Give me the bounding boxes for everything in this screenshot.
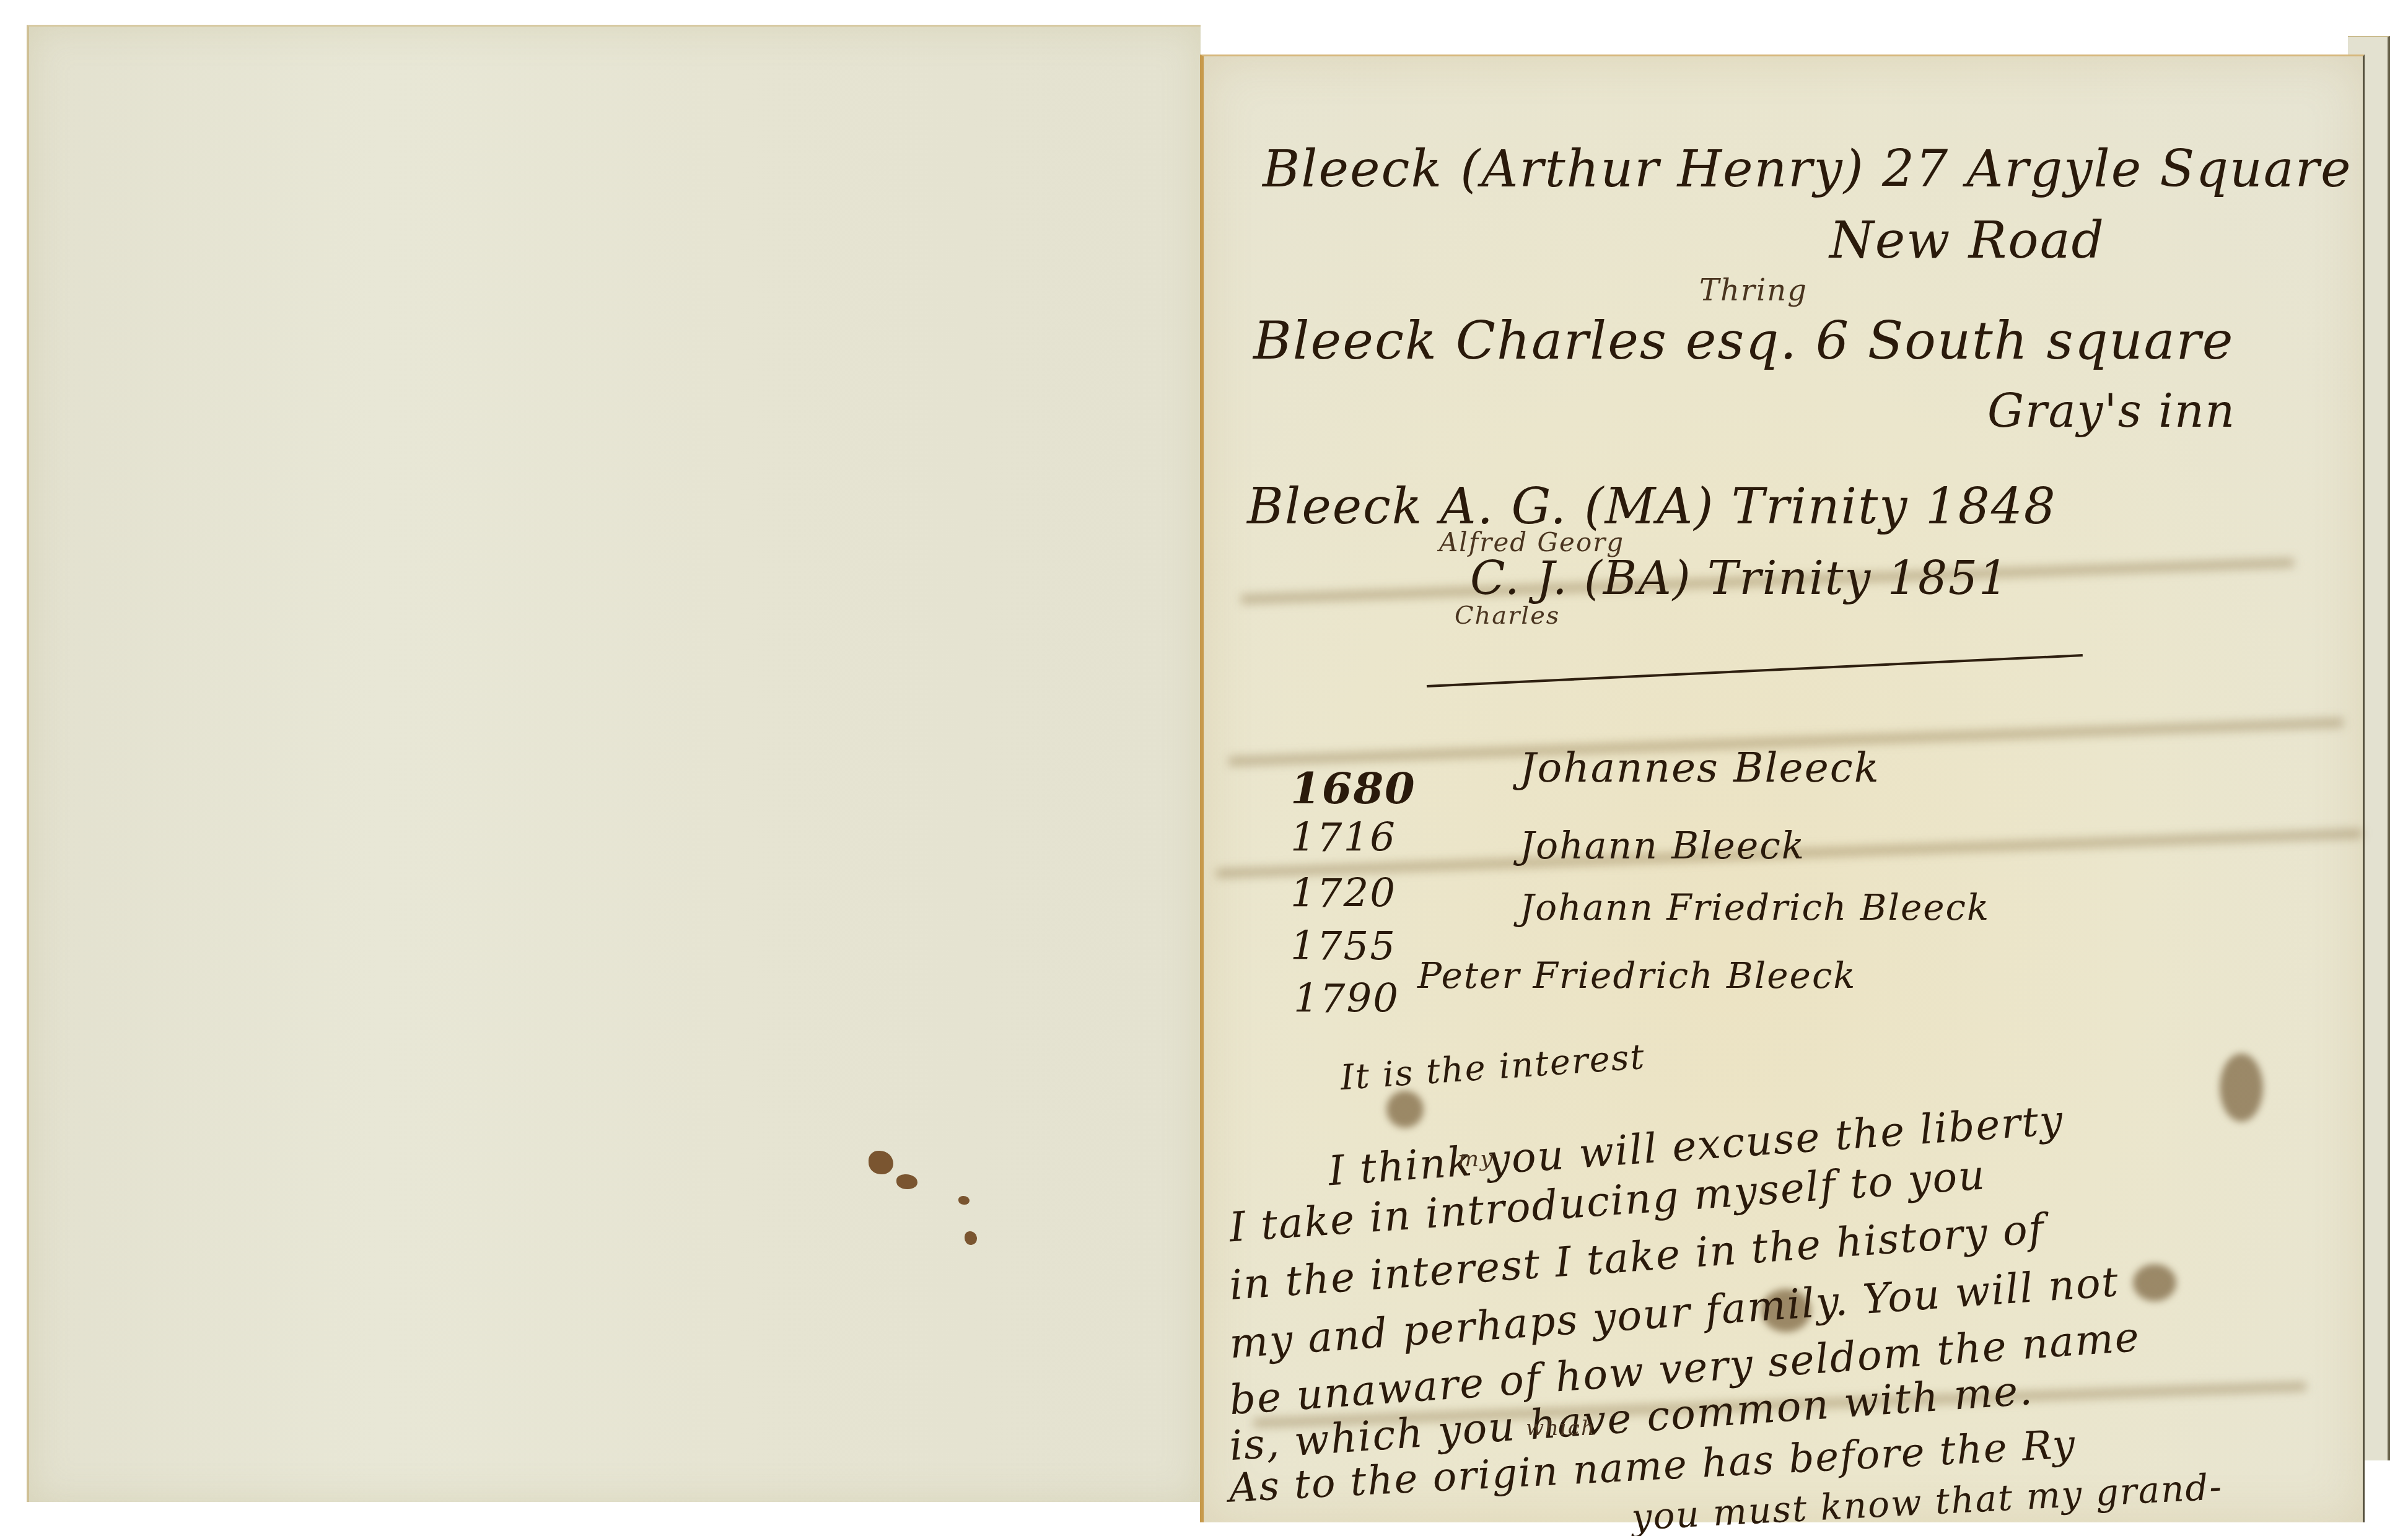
right-page-manuscript: Bleeck (Arthur Henry) 27 Argyle Square N…: [1200, 55, 2365, 1522]
entry-2-line-2: Gray's inn: [1987, 385, 2236, 438]
genealogy-year: 1755: [1290, 923, 1396, 969]
divider-rule: [1427, 654, 2083, 687]
foxing-spot: [965, 1231, 977, 1245]
entry-1-line-2: New Road: [1829, 211, 2105, 270]
genealogy-name: Johann Bleeck: [1520, 824, 1805, 868]
entry-1-line-1: Bleeck (Arthur Henry) 27 Argyle Square: [1263, 140, 2352, 199]
entry-3-gloss-2: Charles: [1455, 601, 1560, 630]
genealogy-year: 1720: [1290, 871, 1396, 917]
left-page-blank: [27, 25, 1201, 1502]
entry-2-line-1: Bleeck Charles esq. 6 South square: [1253, 310, 2235, 371]
ink-blot: [2133, 1264, 2176, 1301]
genealogy-name: Johannes Bleeck: [1520, 744, 1880, 792]
entry-3-line-2: C. J. (BA) Trinity 1851: [1470, 552, 2009, 605]
genealogy-name: Peter Friedrich Bleeck: [1417, 954, 1857, 997]
genealogy-name: Johann Friedrich Bleeck: [1520, 886, 1990, 928]
genealogy-year: 1716: [1290, 815, 1396, 861]
foxing-spot: [869, 1151, 893, 1174]
ink-blot: [1386, 1091, 1424, 1128]
letter-insert-which: which: [1526, 1416, 1596, 1441]
entry-2-insert: Thring: [1699, 273, 1808, 308]
letter-insert-my: my: [1458, 1146, 1494, 1172]
entry-3-line-1: Bleeck A. G. (MA) Trinity 1848: [1247, 478, 2057, 535]
letter-heading: It is the interest: [1339, 1037, 1647, 1098]
foxing-spot: [896, 1174, 917, 1189]
genealogy-year: 1680: [1290, 762, 1416, 814]
foxing-spot: [958, 1196, 970, 1205]
ink-blot: [2220, 1054, 2263, 1122]
genealogy-year: 1790: [1294, 976, 1399, 1022]
